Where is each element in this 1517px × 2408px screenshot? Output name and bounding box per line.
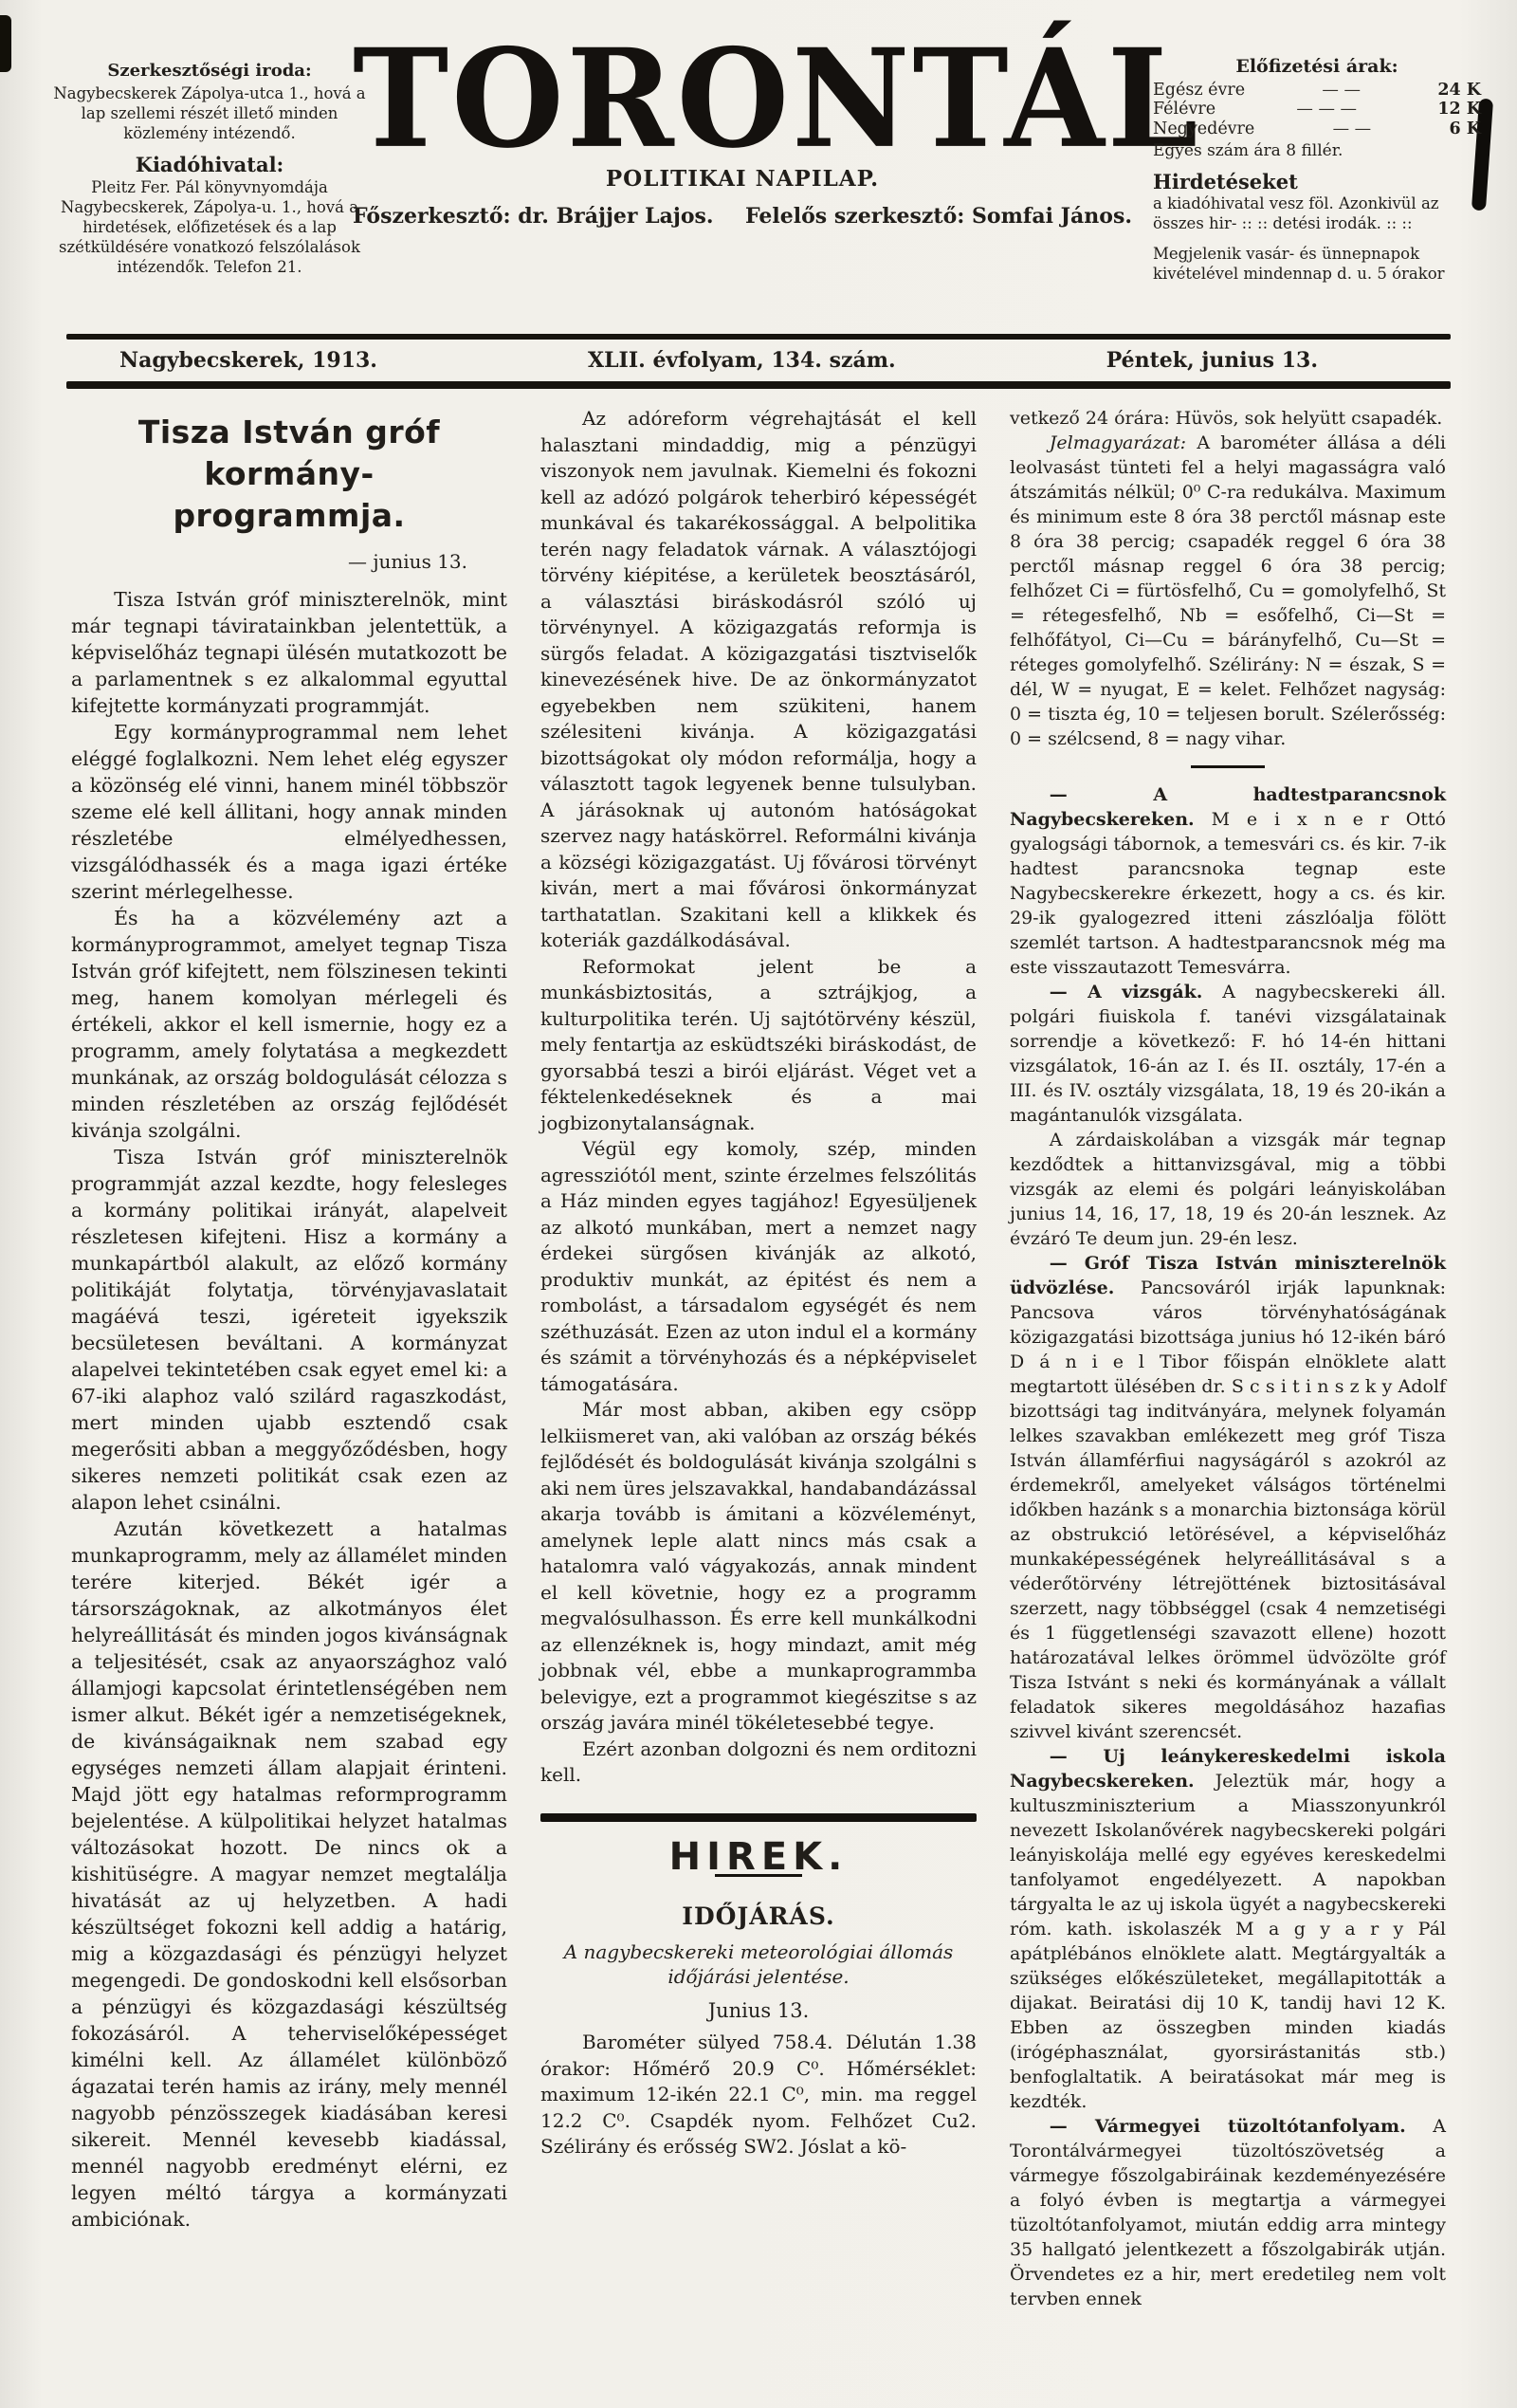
article-paragraph: Reformokat jelent be a munkásbiztositás,… [540, 954, 977, 1137]
lead-article-dateline: — junius 13. [71, 548, 507, 575]
news-item: — A vizsgák. A nagybecskereki áll. polgá… [1010, 980, 1446, 1128]
weather-subtitle: A nagybecskereki meteorológiai állomás i… [540, 1939, 977, 1989]
weather-report-continued: vetkező 24 órára: Hüvös, sok helyütt csa… [1010, 406, 1446, 431]
news-item-text: A zárdaiskolában a vizsgák már tegnap ke… [1010, 1130, 1446, 1249]
article-paragraph: Ezért azonban dolgozni és nem orditozni … [540, 1737, 977, 1789]
dateline-date: Péntek, junius 13. [1106, 348, 1318, 373]
ads-text: a kiadóhivatal vesz föl. Azonkivül az ös… [1153, 194, 1481, 233]
chief-editor: Főszerkesztő: dr. Brájjer Lajos. [353, 204, 714, 229]
weather-date: Junius 13. [540, 1998, 977, 2025]
editorial-office-box: Szerkesztőségi iroda: Nagybecskerek Zápo… [49, 61, 370, 277]
article-paragraph: Az adóreform végrehajtását el kell halas… [540, 406, 977, 954]
editorial-office-text: Nagybecskerek Zápolya-utca 1., hová a la… [49, 83, 370, 143]
ads-heading: Hirdetéseket [1153, 173, 1481, 193]
news-item-text: M e i x n e r Ottó gyalogsági tábornok, … [1010, 809, 1446, 978]
newspaper-logo: TORONTÁL [353, 28, 1132, 171]
article-paragraph: Már most abban, akiben egy csöpp lelkiis… [540, 1397, 977, 1737]
lead-article-paragraph: És ha a közvélemény azt a kormányprogram… [71, 905, 507, 1144]
publisher-office-heading: Kiadóhivatal: [49, 155, 370, 175]
section-divider-rule [540, 1813, 977, 1822]
subscription-box: Előfizetési árak: Egész évre — — 24 K Fé… [1153, 57, 1481, 284]
weather-report: Barométer sülyed 758.4. Délután 1.38 óra… [540, 2030, 977, 2160]
subscription-row: Egész évre — — 24 K [1153, 81, 1481, 101]
article-paragraph: Végül egy komoly, szép, minden agresszió… [540, 1136, 977, 1397]
column-3-news: vetkező 24 órára: Hüvös, sok helyütt csa… [1010, 406, 1446, 2311]
lead-article-title: Tisza István gróf kormány- programmja. [71, 412, 507, 537]
news-item-lead: — Vármegyei tüzoltótanfolyam. [1050, 2116, 1406, 2137]
responsible-editor: Felelős szerkesztő: Somfai János. [745, 204, 1132, 229]
dateline-issue: XLII. évfolyam, 134. szám. [588, 348, 896, 373]
publisher-office-text: Pleitz Fer. Pál könyvnyomdája Nagybecske… [49, 177, 370, 277]
lead-article-paragraph: Tisza István gróf miniszterelnök program… [71, 1144, 507, 1516]
news-item: — Gróf Tisza István miniszterelnök üdvöz… [1010, 1251, 1446, 1744]
weather-legend-lead: Jelmagyarázat: [1050, 432, 1186, 453]
column-1-lead-article: Tisza István gróf kormány- programmja. —… [71, 406, 507, 2311]
newspaper-page: Szerkesztőségi iroda: Nagybecskerek Zápo… [0, 0, 1517, 2408]
dateline-row: Nagybecskerek, 1913. XLII. évfolyam, 134… [0, 340, 1517, 381]
lead-article-paragraph: Azután következett a hatalmas munkaprogr… [71, 1516, 507, 2233]
single-copy-price: Egyes szám ára 8 fillér. [1153, 141, 1481, 161]
editorial-office-heading: Szerkesztőségi iroda: [49, 61, 370, 81]
news-item-text: A Torontálvármegyei tüzoltószövetség a v… [1010, 2116, 1446, 2309]
weather-heading: IDŐJÁRÁS. [540, 1903, 977, 1930]
weather-legend-text: A barométer állása a déli leolvasást tün… [1010, 432, 1446, 749]
page-columns: Tisza István gróf kormány- programmja. —… [71, 406, 1446, 2311]
dateline-place: Nagybecskerek, 1913. [119, 348, 377, 373]
lead-article-paragraph: Tisza István gróf miniszterelnök, mint m… [71, 586, 507, 719]
masthead-center: TORONTÁL POLITIKAI NAPILAP. Főszerkesztő… [353, 28, 1132, 229]
news-item: — Vármegyei tüzoltótanfolyam. A Torontál… [1010, 2114, 1446, 2311]
dateline-rule [66, 381, 1451, 389]
news-item: — A hadtestparancsnok Nagybecskereken. M… [1010, 782, 1446, 980]
subscription-row: Negyedévre — — 6 K [1153, 119, 1481, 139]
news-item-text: Pancsováról irják lapunknak: Pancsova vá… [1010, 1278, 1446, 1742]
editors-line: Főszerkesztő: dr. Brájjer Lajos. Felelős… [353, 204, 1132, 229]
news-item-lead: — A vizsgák. [1050, 982, 1203, 1002]
news-item-text: A nagybecskereki áll. polgári fiuiskola … [1010, 982, 1446, 1126]
news-section-heading: HIREK. [540, 1845, 977, 1871]
news-item-text: Jeleztük már, hogy a kultuszminiszterium… [1010, 1771, 1446, 2112]
column-2: Az adóreform végrehajtását el kell halas… [540, 406, 977, 2311]
lead-article-paragraph: Egy kormányprogrammal nem lehet eléggé f… [71, 719, 507, 905]
publishing-note: Megjelenik vasár- és ünnepnapok kivételé… [1153, 245, 1481, 284]
subscription-heading: Előfizetési árak: [1153, 57, 1481, 77]
news-item: A zárdaiskolában a vizsgák már tegnap ke… [1010, 1128, 1446, 1251]
weather-legend: Jelmagyarázat: A barométer állása a déli… [1010, 431, 1446, 751]
news-divider [1191, 765, 1265, 768]
masthead: Szerkesztőségi iroda: Nagybecskerek Zápo… [0, 0, 1517, 334]
subscription-row: Félévre — — — 12 K [1153, 100, 1481, 119]
news-item: — Uj leánykereskedelmi iskola Nagybecske… [1010, 1744, 1446, 2114]
